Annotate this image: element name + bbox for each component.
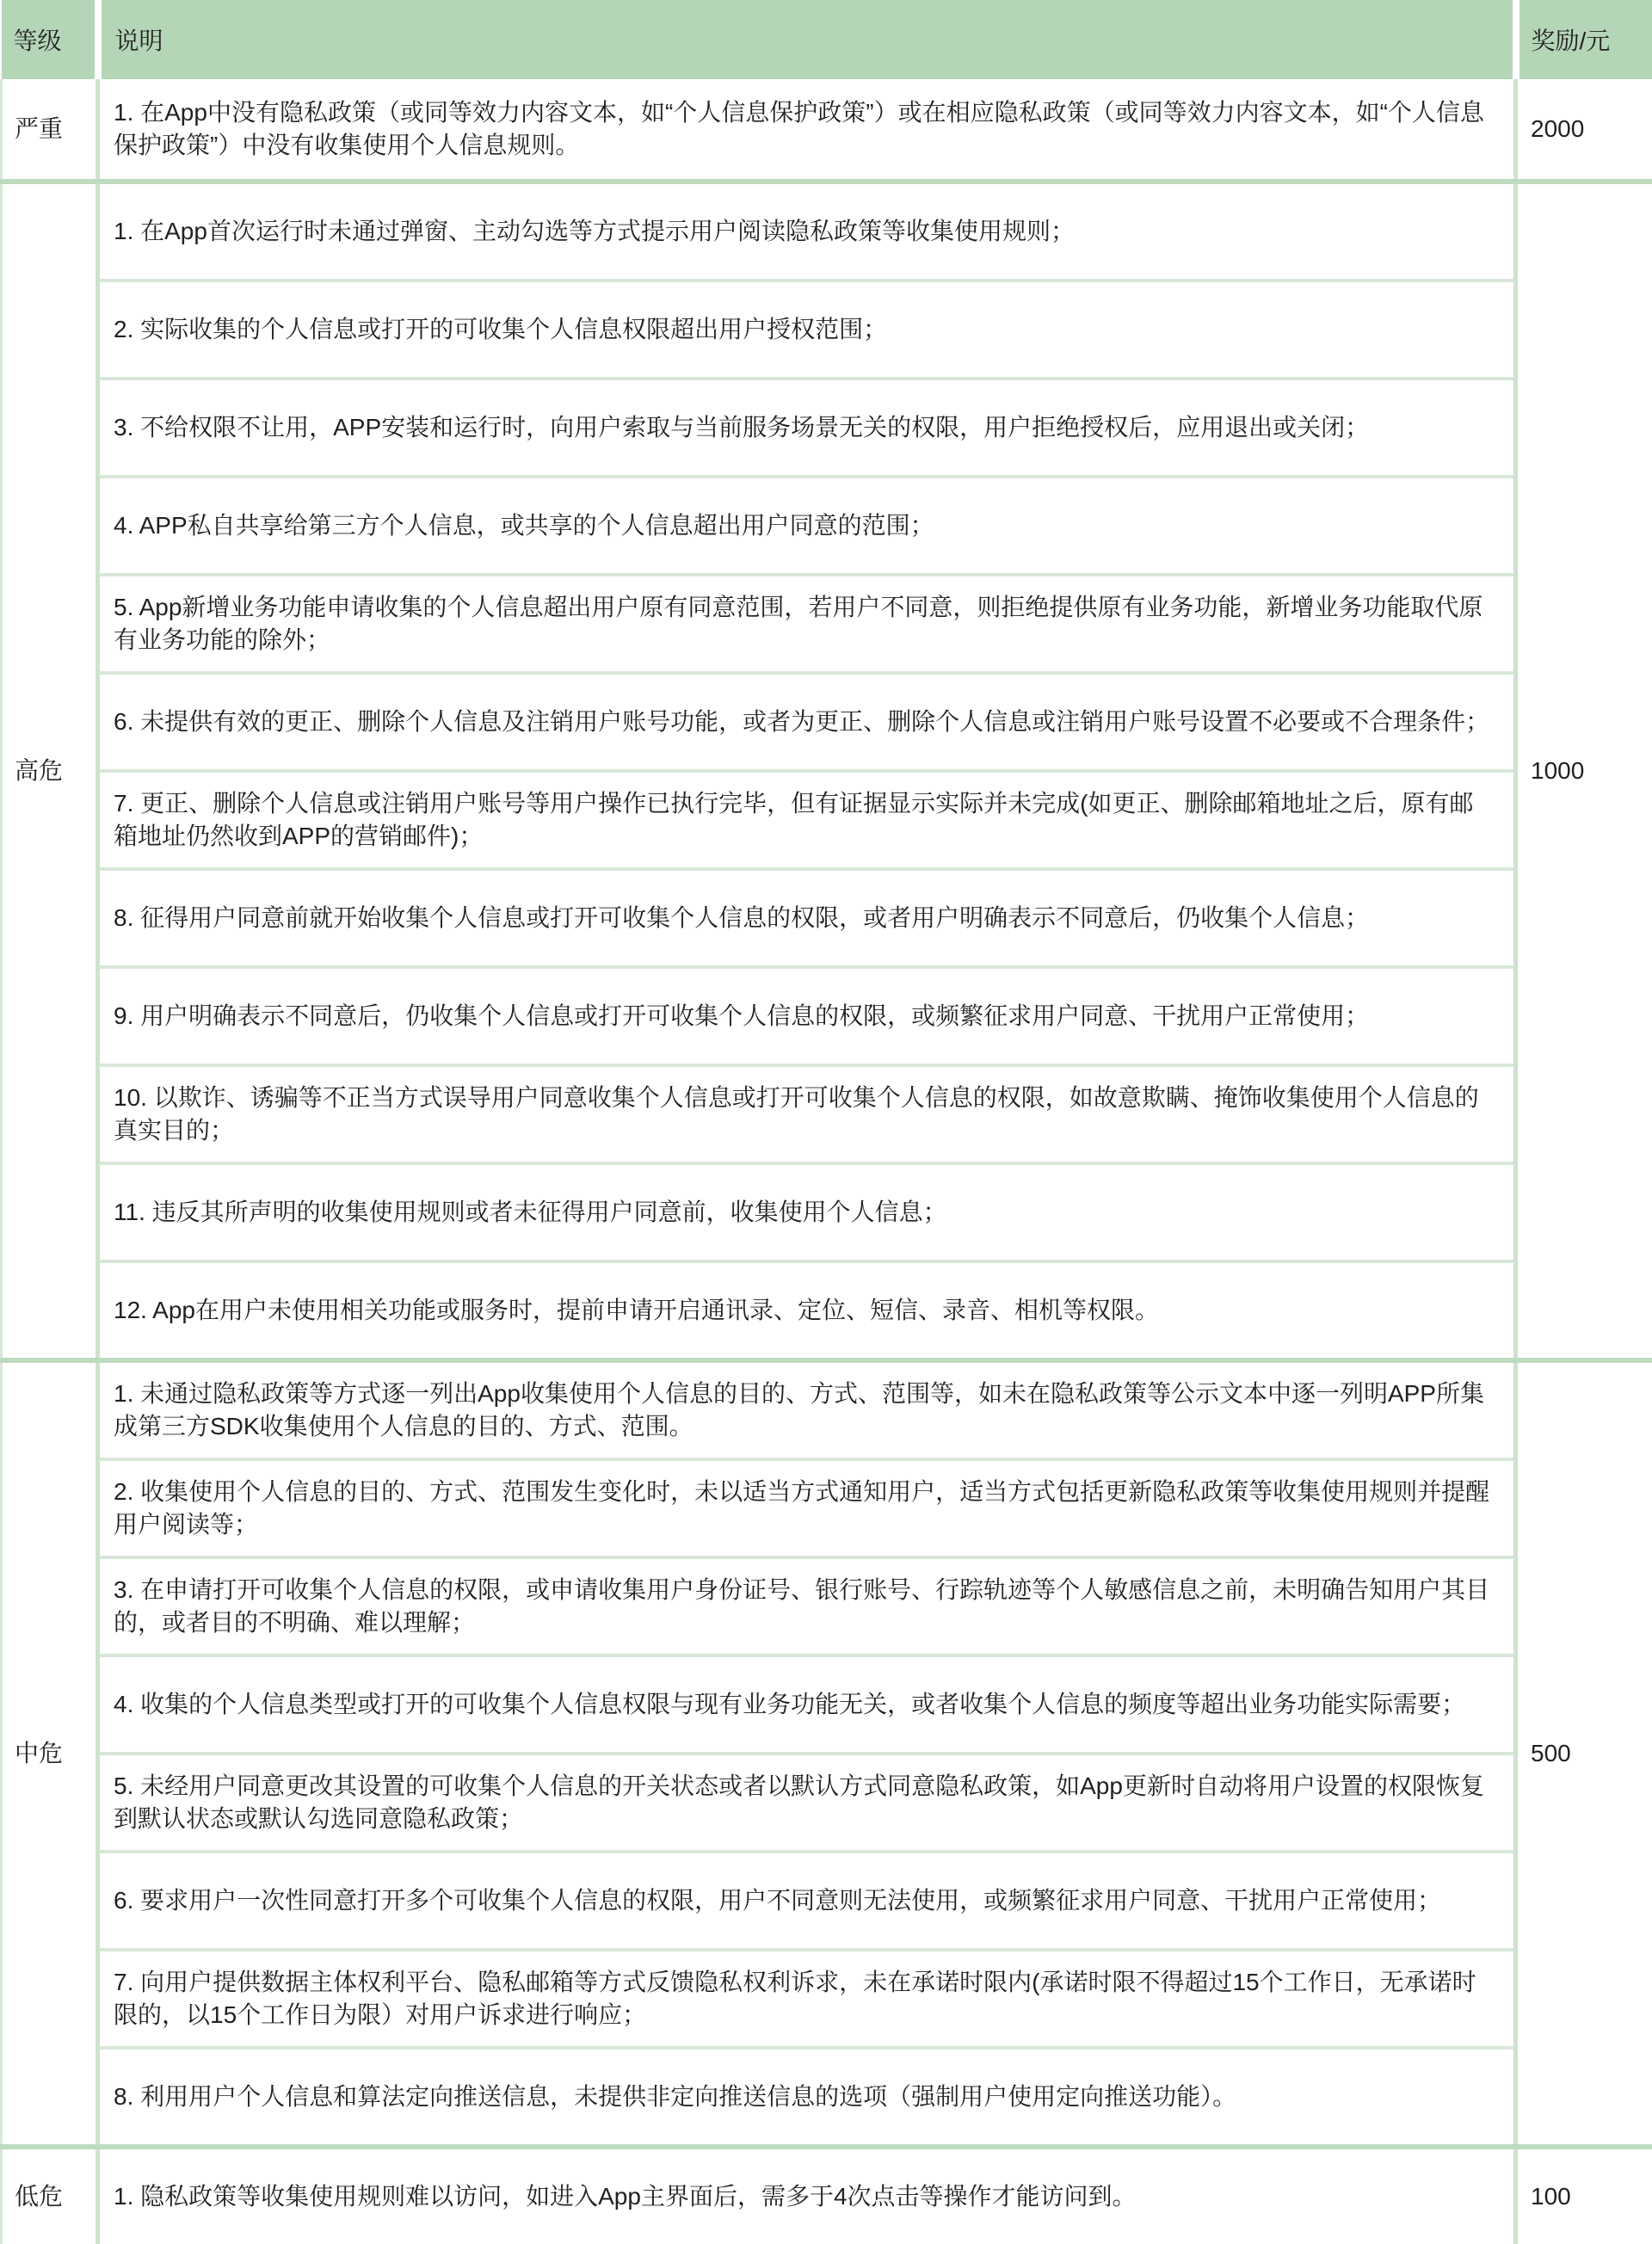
description-cell: 4. 收集的个人信息类型或打开的可收集个人信息权限与现有业务功能无关，或者收集个…	[98, 1655, 1516, 1754]
description-cell: 4. APP私自共享给第三方个人信息，或共享的个人信息超出用户同意的范围；	[98, 477, 1516, 575]
table-row: 12. App在用户未使用相关功能或服务时，提前申请开启通讯录、定位、短信、录音…	[2, 1261, 1652, 1360]
page: 等级 说明 奖励/元 严重1. 在App中没有隐私政策（或同等效力内容文本，如“…	[0, 0, 1652, 2244]
table-row: 5. 未经用户同意更改其设置的可收集个人信息的开关状态或者以默认方式同意隐私政策…	[2, 1754, 1652, 1852]
level-cell: 高危	[2, 182, 98, 1360]
table-row: 11. 违反其所声明的收集使用规则或者未征得用户同意前，收集使用个人信息；	[2, 1163, 1652, 1261]
level-cell: 低危	[2, 2147, 98, 2244]
table-row: 3. 在申请打开可收集个人信息的权限，或申请收集用户身份证号、银行账号、行踪轨迹…	[2, 1557, 1652, 1655]
table-row: 中危1. 未通过隐私政策等方式逐一列出App收集使用个人信息的目的、方式、范围等…	[2, 1360, 1652, 1459]
description-cell: 5. 未经用户同意更改其设置的可收集个人信息的开关状态或者以默认方式同意隐私政策…	[98, 1754, 1516, 1852]
description-cell: 6. 要求用户一次性同意打开多个可收集个人信息的权限，用户不同意则无法使用，或频…	[98, 1852, 1516, 1950]
table-row: 5. App新增业务功能申请收集的个人信息超出用户原有同意范围，若用户不同意，则…	[2, 575, 1652, 673]
level-cell: 严重	[2, 79, 98, 182]
table-row: 4. APP私自共享给第三方个人信息，或共享的个人信息超出用户同意的范围；	[2, 477, 1652, 575]
description-cell: 1. 隐私政策等收集使用规则难以访问，如进入App主界面后，需多于4次点击等操作…	[98, 2147, 1516, 2244]
header-level: 等级	[2, 0, 98, 79]
header-reward: 奖励/元	[1516, 0, 1652, 79]
header-description: 说明	[98, 0, 1516, 79]
description-cell: 3. 在申请打开可收集个人信息的权限，或申请收集用户身份证号、银行账号、行踪轨迹…	[98, 1557, 1516, 1655]
description-cell: 7. 更正、删除个人信息或注销用户账号等用户操作已执行完毕，但有证据显示实际并未…	[98, 771, 1516, 869]
table-row: 8. 利用用户个人信息和算法定向推送信息，未提供非定向推送信息的选项（强制用户使…	[2, 2048, 1652, 2147]
reward-cell: 500	[1516, 1360, 1652, 2147]
table-row: 6. 要求用户一次性同意打开多个可收集个人信息的权限，用户不同意则无法使用，或频…	[2, 1852, 1652, 1950]
reward-cell: 100	[1516, 2147, 1652, 2244]
description-cell: 8. 利用用户个人信息和算法定向推送信息，未提供非定向推送信息的选项（强制用户使…	[98, 2048, 1516, 2147]
description-cell: 11. 违反其所声明的收集使用规则或者未征得用户同意前，收集使用个人信息；	[98, 1163, 1516, 1261]
table-row: 9. 用户明确表示不同意后，仍收集个人信息或打开可收集个人信息的权限，或频繁征求…	[2, 967, 1652, 1065]
description-cell: 7. 向用户提供数据主体权利平台、隐私邮箱等方式反馈隐私权利诉求，未在承诺时限内…	[98, 1950, 1516, 2048]
description-cell: 1. 在App首次运行时未通过弹窗、主动勾选等方式提示用户阅读隐私政策等收集使用…	[98, 182, 1516, 280]
table-row: 高危1. 在App首次运行时未通过弹窗、主动勾选等方式提示用户阅读隐私政策等收集…	[2, 182, 1652, 280]
description-cell: 1. 在App中没有隐私政策（或同等效力内容文本，如“个人信息保护政策”）或在相…	[98, 79, 1516, 182]
table-row: 2. 收集使用个人信息的目的、方式、范围发生变化时，未以适当方式通知用户，适当方…	[2, 1459, 1652, 1557]
table-header: 等级 说明 奖励/元	[2, 0, 1652, 79]
table-row: 2. 实际收集的个人信息或打开的可收集个人信息权限超出用户授权范围；	[2, 280, 1652, 379]
table-row: 10. 以欺诈、诱骗等不正当方式误导用户同意收集个人信息或打开可收集个人信息的权…	[2, 1065, 1652, 1163]
description-cell: 8. 征得用户同意前就开始收集个人信息或打开可收集个人信息的权限，或者用户明确表…	[98, 869, 1516, 967]
table-row: 3. 不给权限不让用，APP安装和运行时，向用户索取与当前服务场景无关的权限，用…	[2, 379, 1652, 477]
description-cell: 9. 用户明确表示不同意后，仍收集个人信息或打开可收集个人信息的权限，或频繁征求…	[98, 967, 1516, 1065]
severity-reward-table: 等级 说明 奖励/元 严重1. 在App中没有隐私政策（或同等效力内容文本，如“…	[0, 0, 1652, 2244]
reward-cell: 1000	[1516, 182, 1652, 1360]
description-cell: 3. 不给权限不让用，APP安装和运行时，向用户索取与当前服务场景无关的权限，用…	[98, 379, 1516, 477]
table-row: 严重1. 在App中没有隐私政策（或同等效力内容文本，如“个人信息保护政策”）或…	[2, 79, 1652, 182]
description-cell: 5. App新增业务功能申请收集的个人信息超出用户原有同意范围，若用户不同意，则…	[98, 575, 1516, 673]
table-body: 严重1. 在App中没有隐私政策（或同等效力内容文本，如“个人信息保护政策”）或…	[2, 79, 1652, 2244]
table-row: 7. 向用户提供数据主体权利平台、隐私邮箱等方式反馈隐私权利诉求，未在承诺时限内…	[2, 1950, 1652, 2048]
table-row: 8. 征得用户同意前就开始收集个人信息或打开可收集个人信息的权限，或者用户明确表…	[2, 869, 1652, 967]
table-row: 4. 收集的个人信息类型或打开的可收集个人信息权限与现有业务功能无关，或者收集个…	[2, 1655, 1652, 1754]
description-cell: 2. 收集使用个人信息的目的、方式、范围发生变化时，未以适当方式通知用户，适当方…	[98, 1459, 1516, 1557]
table-row: 7. 更正、删除个人信息或注销用户账号等用户操作已执行完毕，但有证据显示实际并未…	[2, 771, 1652, 869]
description-cell: 2. 实际收集的个人信息或打开的可收集个人信息权限超出用户授权范围；	[98, 280, 1516, 379]
table-row: 低危1. 隐私政策等收集使用规则难以访问，如进入App主界面后，需多于4次点击等…	[2, 2147, 1652, 2244]
description-cell: 1. 未通过隐私政策等方式逐一列出App收集使用个人信息的目的、方式、范围等，如…	[98, 1360, 1516, 1459]
reward-cell: 2000	[1516, 79, 1652, 182]
description-cell: 6. 未提供有效的更正、删除个人信息及注销用户账号功能，或者为更正、删除个人信息…	[98, 673, 1516, 771]
header-row: 等级 说明 奖励/元	[2, 0, 1652, 79]
table-row: 6. 未提供有效的更正、删除个人信息及注销用户账号功能，或者为更正、删除个人信息…	[2, 673, 1652, 771]
description-cell: 12. App在用户未使用相关功能或服务时，提前申请开启通讯录、定位、短信、录音…	[98, 1261, 1516, 1360]
level-cell: 中危	[2, 1360, 98, 2147]
description-cell: 10. 以欺诈、诱骗等不正当方式误导用户同意收集个人信息或打开可收集个人信息的权…	[98, 1065, 1516, 1163]
